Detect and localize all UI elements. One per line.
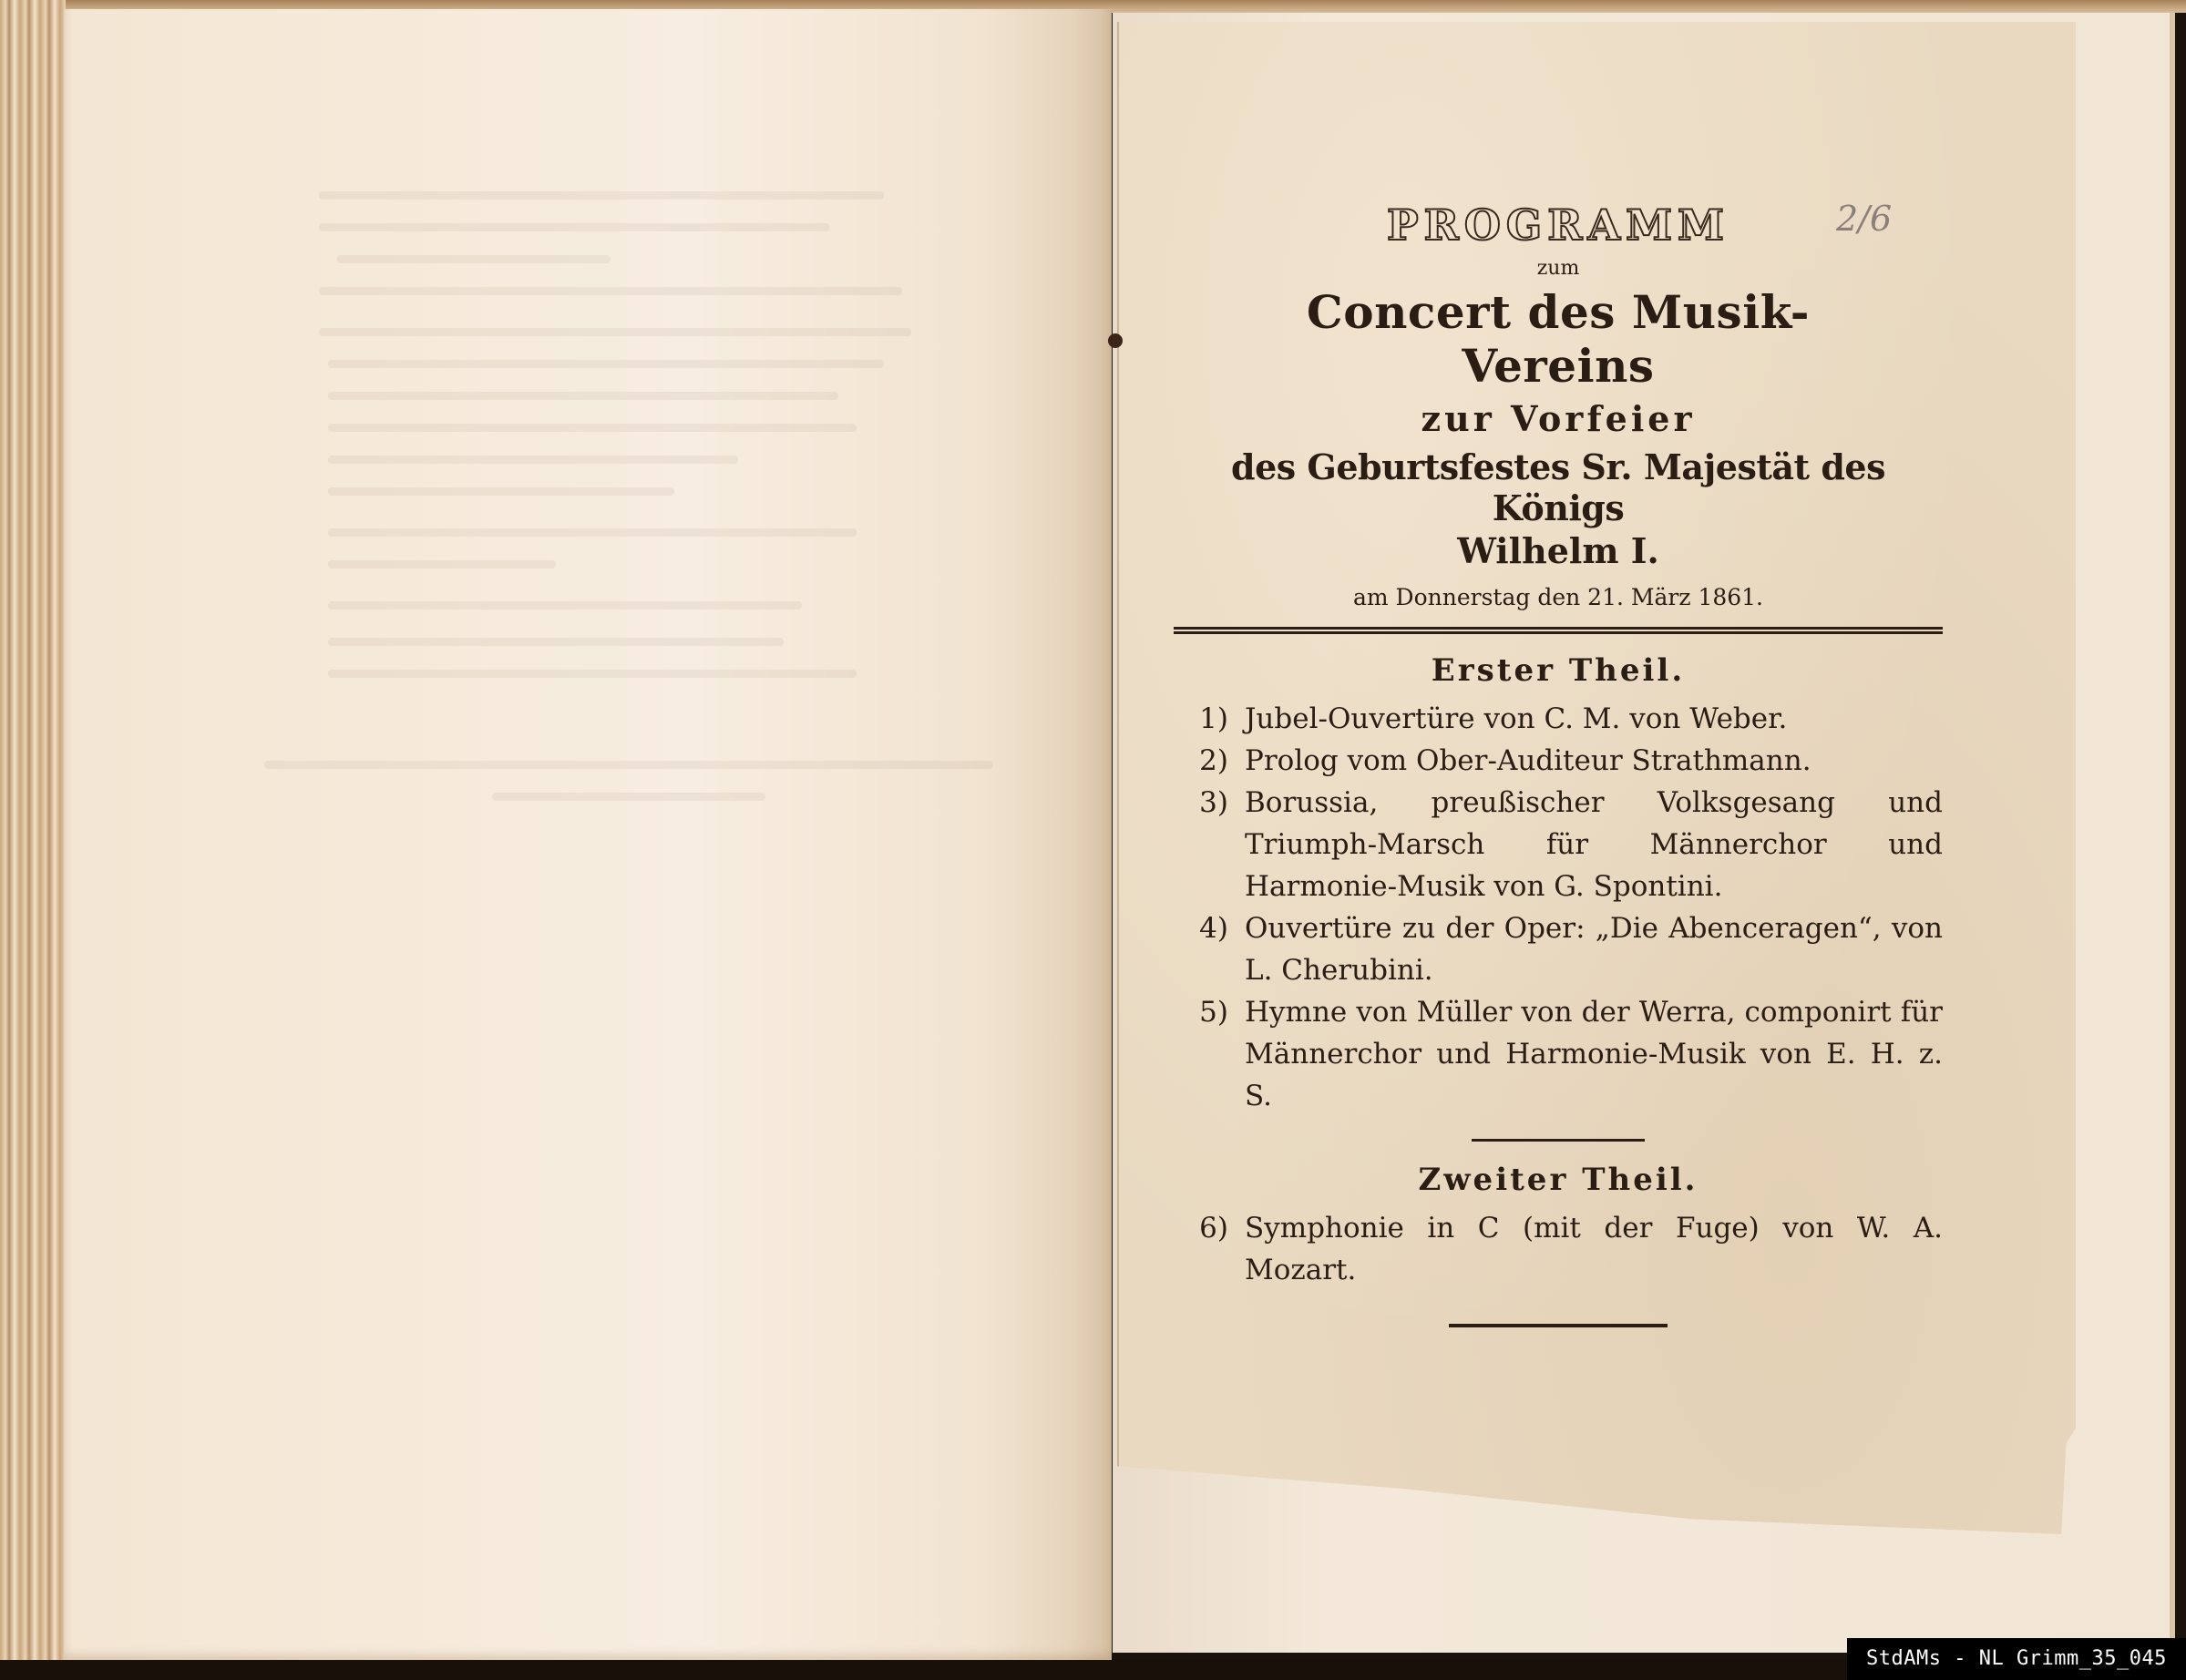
- item-text: Symphonie in C (mit der Fuge) von W. A. …: [1245, 1207, 1943, 1291]
- show-through-line: [328, 456, 738, 464]
- show-through-line: [337, 255, 611, 263]
- item-number: 2): [1174, 740, 1245, 782]
- concert-date: am Donnerstag den 21. März 1861.: [1230, 584, 1886, 610]
- show-through-line: [328, 487, 674, 496]
- item-text: Jubel-Ouvertüre von C. M. von Weber.: [1245, 698, 1943, 740]
- item-number: 4): [1174, 907, 1245, 991]
- page-stack-edge: [0, 0, 66, 1680]
- archive-caption: StdAMs - NL Grimm_35_045: [1847, 1638, 2186, 1680]
- show-through-line: [328, 360, 884, 368]
- show-through-line: [319, 328, 911, 336]
- show-through-line: [319, 287, 902, 295]
- end-rule: [1449, 1324, 1668, 1327]
- show-through-line: [328, 424, 857, 432]
- show-through-line: [328, 670, 857, 678]
- double-rule-divider: [1174, 627, 1943, 634]
- part-two-title: Zweiter Theil.: [1230, 1162, 1886, 1198]
- part-one-title: Erster Theil.: [1230, 652, 1886, 689]
- program-item: 3) Borussia, preußischer Volksgesang und…: [1174, 782, 1943, 907]
- program-item: 6) Symphonie in C (mit der Fuge) von W. …: [1174, 1207, 1943, 1291]
- part-two-list: 6) Symphonie in C (mit der Fuge) von W. …: [1230, 1207, 1886, 1291]
- concert-headline: Concert des Musik-Vereins: [1230, 285, 1886, 393]
- item-number: 1): [1174, 698, 1245, 740]
- left-page: [64, 9, 1112, 1666]
- program-item: 5) Hymne von Müller von der Werra, compo…: [1174, 991, 1943, 1117]
- part-one-list: 1) Jubel-Ouvertüre von C. M. von Weber. …: [1230, 698, 1886, 1117]
- section-divider: [1472, 1139, 1645, 1142]
- preposition: zum: [1230, 257, 1886, 280]
- show-through-line: [328, 392, 838, 400]
- show-through-line: [328, 560, 556, 569]
- program-item: 1) Jubel-Ouvertüre von C. M. von Weber.: [1174, 698, 1943, 740]
- item-text: Hymne von Müller von der Werra, componir…: [1245, 991, 1943, 1117]
- program-text: PROGRAMM zum Concert des Musik-Vereins z…: [1230, 191, 1886, 1327]
- show-through-line: [319, 191, 884, 200]
- item-number: 5): [1174, 991, 1245, 1117]
- show-through-line: [264, 761, 993, 769]
- program-item: 4) Ouvertüre zu der Oper: „Die Abencerag…: [1174, 907, 1943, 991]
- item-number: 3): [1174, 782, 1245, 907]
- program-title: PROGRAMM: [1230, 200, 1886, 250]
- item-text: Borussia, preußischer Volksgesang und Tr…: [1245, 782, 1943, 907]
- occasion-line-1: des Geburtsfestes Sr. Majestät des König…: [1194, 446, 1923, 528]
- show-through-line: [328, 601, 802, 610]
- concert-subheadline: zur Vorfeier: [1230, 398, 1886, 439]
- show-through-line: [328, 638, 784, 646]
- item-number: 6): [1174, 1207, 1245, 1291]
- program-item: 2) Prolog vom Ober-Auditeur Strathmann.: [1174, 740, 1943, 782]
- show-through-line: [492, 793, 765, 801]
- show-through-line: [328, 528, 857, 537]
- item-text: Prolog vom Ober-Auditeur Strathmann.: [1245, 740, 1943, 782]
- occasion-line-2: Wilhelm I.: [1230, 530, 1886, 571]
- item-text: Ouvertüre zu der Oper: „Die Abenceragen“…: [1245, 907, 1943, 991]
- show-through-line: [319, 223, 829, 231]
- ink-spot: [1108, 333, 1123, 348]
